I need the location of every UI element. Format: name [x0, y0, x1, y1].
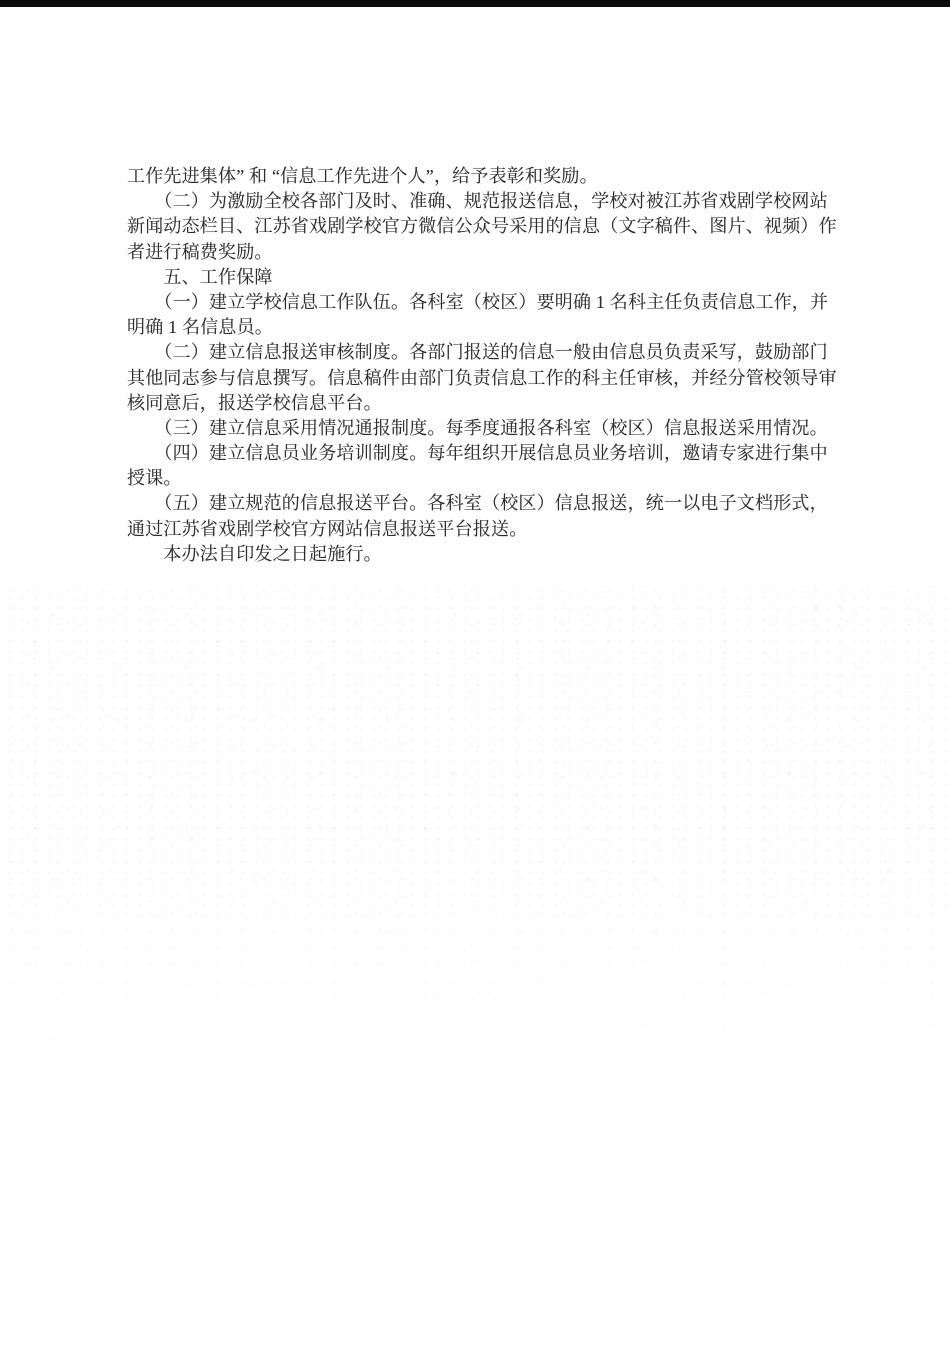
text-line: 新闻动态栏目、江苏省戏剧学校官方微信公众号采用的信息（文字稿件、图片、视频）作 [127, 214, 839, 239]
text-line: （二）为激励全校各部门及时、准确、规范报送信息，学校对被江苏省戏剧学校网站 [127, 189, 839, 214]
text-line: （五）建立规范的信息报送平台。各科室（校区）信息报送，统一以电子文档形式， [127, 491, 839, 516]
text-line: 明确 1 名信息员。 [127, 315, 839, 340]
text-line: （三）建立信息采用情况通报制度。每季度通报各科室（校区）信息报送采用情况。 [127, 416, 839, 441]
text-line: （一）建立学校信息工作队伍。各科室（校区）要明确 1 名科主任负责信息工作，并 [127, 290, 839, 315]
text-line: （四）建立信息员业务培训制度。每年组织开展信息员业务培训，邀请专家进行集中 [127, 441, 839, 466]
scan-noise-artifact [0, 565, 950, 1105]
section-heading-line: 五、工作保障 [127, 265, 839, 290]
text-line: 工作先进集体” 和 “信息工作先进个人”，给予表彰和奖励。 [127, 164, 839, 189]
text-line: 授课。 [127, 466, 839, 491]
text-line: 通过江苏省戏剧学校官方网站信息报送平台报送。 [127, 517, 839, 542]
scanner-edge-bar [0, 0, 950, 7]
text-line: 本办法自印发之日起施行。 [127, 542, 839, 567]
scanned-document-page: 工作先进集体” 和 “信息工作先进个人”，给予表彰和奖励。 （二）为激励全校各部… [0, 0, 950, 1345]
text-line: 核同意后，报送学校信息平台。 [127, 391, 839, 416]
text-line: （二）建立信息报送审核制度。各部门报送的信息一般由信息员负责采写，鼓励部门 [127, 340, 839, 365]
document-text-block: 工作先进集体” 和 “信息工作先进个人”，给予表彰和奖励。 （二）为激励全校各部… [127, 164, 839, 567]
text-line: 其他同志参与信息撰写。信息稿件由部门负责信息工作的科主任审核，并经分管校领导审 [127, 366, 839, 391]
text-line: 者进行稿费奖励。 [127, 240, 839, 265]
